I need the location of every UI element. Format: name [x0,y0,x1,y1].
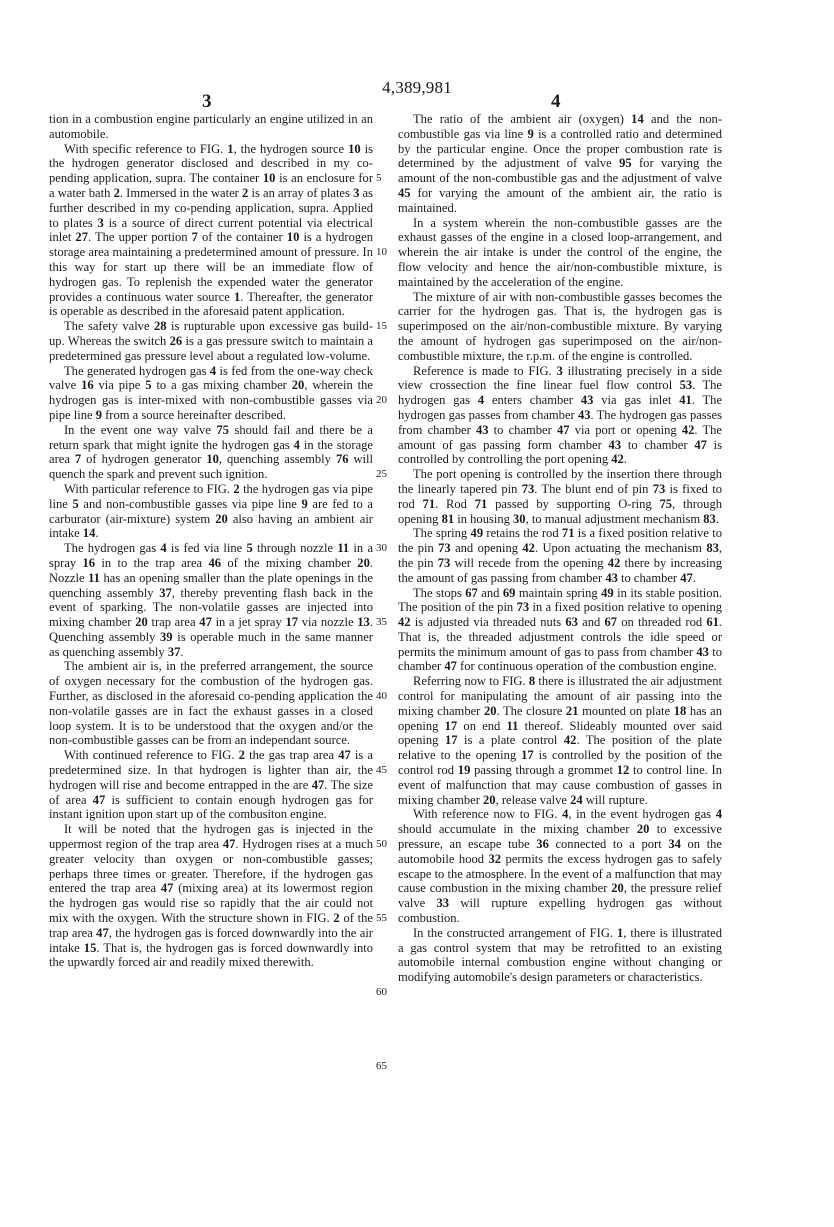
left-column: tion in a combustion engine particularly… [49,112,373,970]
paragraph: The hydrogen gas 4 is fed via line 5 thr… [49,541,373,659]
line-number: 10 [376,245,396,260]
line-number: 40 [376,689,396,704]
patent-number: 4,389,981 [0,78,834,98]
line-number: 35 [376,615,396,630]
paragraph: The spring 49 retains the rod 71 is a fi… [398,526,722,585]
paragraph: The ambient air is, in the preferred arr… [49,659,373,748]
paragraph: In the event one way valve 75 should fai… [49,423,373,482]
line-number: 30 [376,541,396,556]
paragraph: The ratio of the ambient air (oxygen) 14… [398,112,722,216]
paragraph: It will be noted that the hydrogen gas i… [49,822,373,970]
line-number: 50 [376,837,396,852]
line-number: 25 [376,467,396,482]
paragraph: Referring now to FIG. 8 there is illustr… [398,674,722,807]
paragraph: With particular reference to FIG. 2 the … [49,482,373,541]
paragraph: Reference is made to FIG. 3 illustrating… [398,364,722,468]
column-number-right: 4 [551,91,561,113]
line-number: 15 [376,319,396,334]
line-number: 20 [376,393,396,408]
paragraph: The stops 67 and 69 maintain spring 49 i… [398,586,722,675]
paragraph: With specific reference to FIG. 1, the h… [49,142,373,320]
paragraph: The port opening is controlled by the in… [398,467,722,526]
paragraph: With reference now to FIG. 4, in the eve… [398,807,722,925]
paragraph: tion in a combustion engine particularly… [49,112,373,142]
line-number: 45 [376,763,396,778]
paragraph: The generated hydrogen gas 4 is fed from… [49,364,373,423]
paragraph: In the constructed arrangement of FIG. 1… [398,926,722,985]
line-number: 65 [376,1059,396,1074]
paragraph: With continued reference to FIG. 2 the g… [49,748,373,822]
right-column: The ratio of the ambient air (oxygen) 14… [398,112,722,985]
line-number: 60 [376,985,396,1000]
paragraph: The mixture of air with non-combustible … [398,290,722,364]
paragraph: In a system wherein the non-combustible … [398,216,722,290]
line-number: 55 [376,911,396,926]
line-number: 5 [376,171,396,186]
paragraph: The safety valve 28 is rupturable upon e… [49,319,373,363]
column-number-left: 3 [202,91,212,113]
